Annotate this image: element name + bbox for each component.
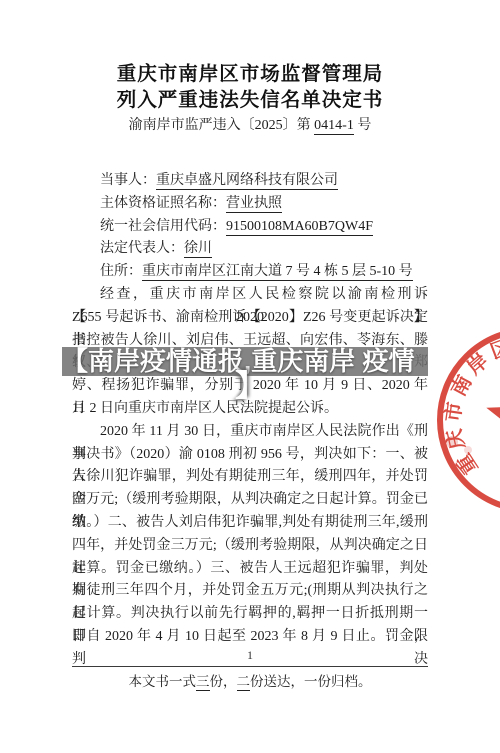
paragraph2-line: 四万元;（缓刑考验期限，从判决确定之日起计算。罚金已缴 (72, 489, 428, 512)
footer-divider (72, 666, 428, 667)
paragraph2-line: 判决书》（2020）渝 0108 刑初 956 号，判决如下：一、被告 (72, 444, 428, 467)
field-party-label: 当事人： (100, 173, 156, 188)
paragraph2-line: 计算。罚金已缴纳。）三、被告人王远超犯诈骗罪，判处有 (72, 558, 428, 581)
document-title-line1: 重庆市南岸区市场监督管理局 (0, 62, 500, 88)
paragraph2-line: 期徒刑三年四个月，并处罚金五万元;(刑期从判决执行之日 (72, 580, 428, 603)
page-number: 1 (0, 648, 500, 662)
field-credit-code: 统一社会信用代码：91500108MA60B7QW4F (72, 216, 428, 239)
footer-note-post: 份送达，一份归档。 (250, 674, 372, 689)
document-number-value: 0414-1 (314, 118, 354, 135)
field-address-label: 住所： (100, 264, 142, 279)
document-number-suffix: 号 (354, 118, 372, 133)
field-license-name: 主体资格证照名称：营业执照 (72, 193, 428, 216)
paragraph2-line: 即自 2020 年 4 月 10 日起至 2023 年 8 月 9 日止。罚金限… (72, 626, 428, 649)
footer-note-delivered: 二 (237, 674, 251, 691)
field-license-name-value: 营业执照 (226, 196, 282, 213)
footer-note-pre: 本文书一式 (129, 674, 197, 689)
document-title-line2: 列入严重违法失信名单决定书 (0, 88, 500, 114)
field-party-value: 重庆卓盛凡网络科技有限公司 (156, 173, 338, 190)
seal-arc-text: 重庆市南岸区市场监督管理局 (440, 331, 500, 479)
field-legal-rep-value: 徐川 (184, 241, 212, 258)
field-legal-rep-label: 法定代表人： (100, 241, 184, 256)
paragraph2-line: 人徐川犯诈骗罪，判处有期徒刑三年，缓刑四年，并处罚金 (72, 466, 428, 489)
seal-smudge (446, 436, 458, 448)
document-body: 当事人：重庆卓盛凡网络科技有限公司 主体资格证照名称：营业执照 统一社会信用代码… (72, 170, 428, 649)
field-license-name-label: 主体资格证照名称： (100, 196, 226, 211)
paragraph2-line: 起计算。判决执行以前先行羁押的,羁押一日折抵刑期一日， (72, 603, 428, 626)
paragraph2-line: 纳。）二、被告人刘启伟犯诈骗罪,判处有期徒刑三年,缓刑 (72, 512, 428, 535)
document-page: 重庆市南岸区市场监督管理局 列入严重违法失信名单决定书 渝南岸市监严违入〔202… (0, 0, 500, 753)
paragraph1-line: 经查，重庆市南岸区人民检察院以渝南检刑诉【2020】 (72, 284, 428, 307)
seal-ring (440, 330, 500, 510)
paragraph2-line: 2020 年 11 月 30 日，重庆市南岸区人民法院作出《刑事 (72, 421, 428, 444)
footer-note-copies: 三 (196, 674, 210, 691)
field-party: 当事人：重庆卓盛凡网络科技有限公司 (72, 170, 428, 193)
field-address-value: 重庆市南岸区江南大道 7 号 4 栋 5 层 5-10 号 (142, 264, 413, 281)
document-title: 重庆市南岸区市场监督管理局 列入严重违法失信名单决定书 (0, 62, 500, 114)
document-number-prefix: 渝南岸市监严违入〔2025〕第 (129, 118, 315, 133)
seal-smudge (464, 446, 472, 454)
paragraph2-line: 四年，并处罚金三万元;（缓刑考验期限，从判决确定之日起 (72, 535, 428, 558)
field-legal-rep: 法定代表人：徐川 (72, 238, 428, 261)
document-number: 渝南岸市监严违入〔2025〕第 0414-1 号 (0, 116, 500, 136)
field-credit-code-label: 统一社会信用代码： (100, 219, 226, 234)
footer-note: 本文书一式三份，二份送达，一份归档。 (0, 672, 500, 692)
field-address: 住所：重庆市南岸区江南大道 7 号 4 栋 5 层 5-10 号 (72, 261, 428, 284)
field-credit-code-value: 91500108MA60B7QW4F (226, 219, 373, 236)
watermark-text-line2: 】 (0, 370, 500, 404)
paragraph1-line: Z655 号起诉书、渝南检刑诉【2020】Z26 号变更起诉决定书 (72, 307, 428, 330)
footer-note-mid: 份， (210, 674, 237, 689)
